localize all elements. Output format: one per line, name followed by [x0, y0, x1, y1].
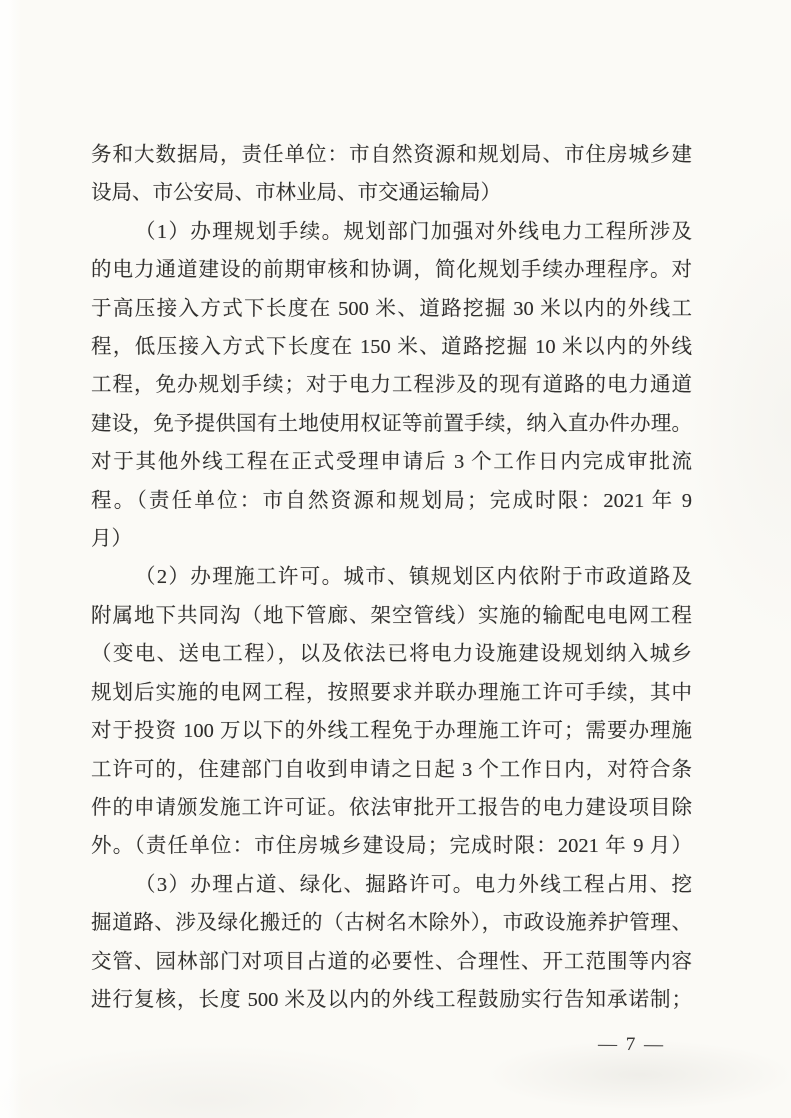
- text-line: 对于投资 100 万以下的外线工程免于办理施工许可；需要办理施: [91, 712, 692, 750]
- text-line: 建设，免予提供国有土地使用权证等前置手续，纳入直办件办理。: [91, 405, 692, 443]
- text-line: 的电力通道建设的前期审核和协调，简化规划手续办理程序。对: [91, 251, 692, 289]
- text-line: 规划后实施的电网工程，按照要求并联办理施工许可手续，其中: [91, 674, 692, 712]
- document-page: 务和大数据局，责任单位：市自然资源和规划局、市住房城乡建 设局、市公安局、市林业…: [0, 0, 791, 1118]
- text-line: 工许可的，住建部门自收到申请之日起 3 个工作日内，对符合条: [91, 751, 692, 789]
- text-line: 外。（责任单位：市住房城乡建设局；完成时限：2021 年 9 月）: [91, 827, 692, 865]
- text-line: （2）办理施工许可。城市、镇规划区内依附于市政道路及: [91, 558, 692, 596]
- text-line: 务和大数据局，责任单位：市自然资源和规划局、市住房城乡建: [91, 136, 692, 174]
- text-line: 工程，免办规划手续；对于电力工程涉及的现有道路的电力通道: [91, 366, 692, 404]
- text-line: 件的申请颁发施工许可证。依法审批开工报告的电力建设项目除: [91, 789, 692, 827]
- text-line: 对于其他外线工程在正式受理申请后 3 个工作日内完成审批流: [91, 443, 692, 481]
- text-line: 交管、园林部门对项目占道的必要性、合理性、开工范围等内容: [91, 943, 692, 981]
- text-line: 附属地下共同沟（地下管廊、架空管线）实施的输配电电网工程: [91, 597, 692, 635]
- text-line: 程。（责任单位：市自然资源和规划局；完成时限：2021 年 9: [91, 482, 692, 520]
- document-text-block: 务和大数据局，责任单位：市自然资源和规划局、市住房城乡建 设局、市公安局、市林业…: [91, 136, 692, 1019]
- text-line: 掘道路、涉及绿化搬迁的（古树名木除外），市政设施养护管理、: [91, 904, 692, 942]
- text-line: 月）: [91, 520, 692, 558]
- text-line: （变电、送电工程），以及依法已将电力设施建设规划纳入城乡: [91, 635, 692, 673]
- page-number: — 7 —: [598, 1034, 665, 1056]
- text-line: 进行复核，长度 500 米及以内的外线工程鼓励实行告知承诺制；: [91, 981, 692, 1019]
- text-line: （1）办理规划手续。规划部门加强对外线电力工程所涉及: [91, 213, 692, 251]
- text-line: （3）办理占道、绿化、掘路许可。电力外线工程占用、挖: [91, 866, 692, 904]
- text-line: 于高压接入方式下长度在 500 米、道路挖掘 30 米以内的外线工: [91, 290, 692, 328]
- text-line: 设局、市公安局、市林业局、市交通运输局）: [91, 174, 692, 212]
- text-line: 程，低压接入方式下长度在 150 米、道路挖掘 10 米以内的外线: [91, 328, 692, 366]
